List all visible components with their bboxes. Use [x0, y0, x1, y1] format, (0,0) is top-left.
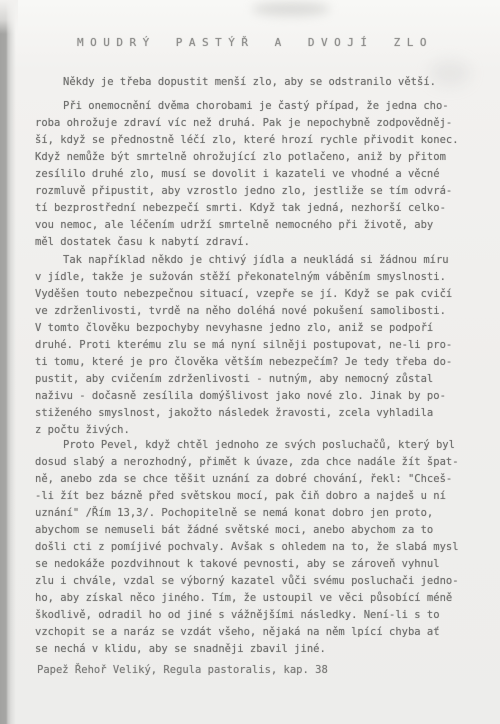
scanned-document-page: MOUDRÝ PASTÝŘ A DVOJÍ ZLO Někdy je třeba…: [0, 0, 500, 724]
scan-edge-shadow: [0, 0, 16, 724]
scan-smudge-top: [252, 2, 330, 16]
source-citation: Papež Řehoř Veliký, Regula pastoralis, k…: [37, 662, 479, 679]
paragraph-intro: Někdy je třeba dopustit menší zlo, aby s…: [35, 74, 477, 91]
paragraph-pavel: Proto Pevel, když chtěl jednoho ze svých…: [35, 437, 477, 658]
page-title: MOUDRÝ PASTÝŘ A DVOJÍ ZLO: [35, 36, 475, 49]
scan-edge-top-fade: [0, 0, 18, 34]
paragraph-two-diseases: Při onemocnění dvěma chorobami je častý …: [35, 98, 477, 251]
paragraph-example: Tak například někdo je chtivý jídla a ne…: [35, 252, 477, 439]
